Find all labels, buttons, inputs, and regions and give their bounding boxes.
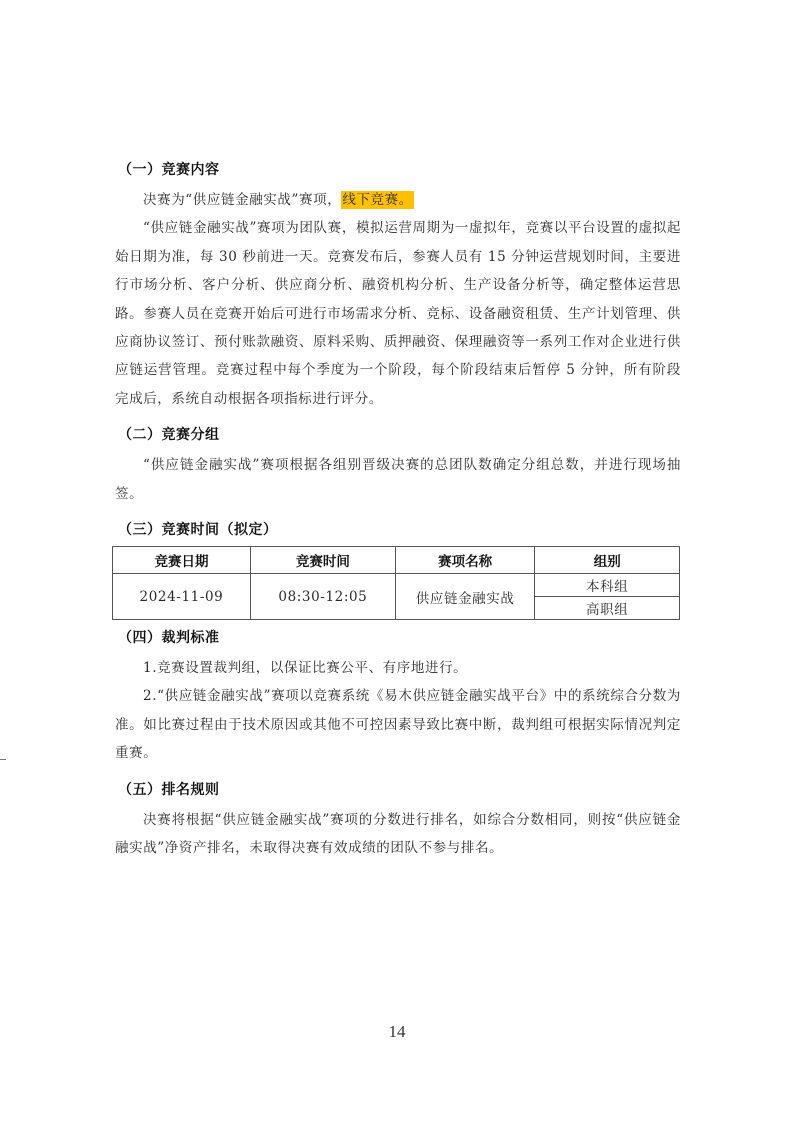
table-cell-group-undergrad: 本科组 [535, 574, 680, 597]
paragraph-ranking: 决赛将根据“供应链金融实战”赛项的分数进行排名，如综合分数相同，则按“供应链金融… [115, 806, 681, 863]
table-cell-event: 供应链金融实战 [395, 574, 535, 620]
table-cell-time: 08:30-12:05 [250, 574, 395, 620]
table-cell-date: 2024-11-09 [113, 574, 251, 620]
section-heading-judging: （四）裁判标准 [115, 628, 681, 648]
paragraph-judging-2: 2.“供应链金融实战”赛项以竞赛系统《易木供应链金融实战平台》中的系统综合分数为… [115, 682, 681, 767]
paragraph-text: 决赛为“供应链金融实战”赛项， [143, 192, 341, 208]
highlighted-text: 线下竞赛。 [341, 191, 414, 209]
table-header-time: 竞赛时间 [250, 547, 395, 574]
section-heading-schedule: （三）竞赛时间（拟定） [115, 520, 681, 540]
section-heading-content: （一）竞赛内容 [115, 160, 681, 180]
table-row: 2024-11-09 08:30-12:05 供应链金融实战 本科组 [113, 574, 680, 597]
paragraph-final-format: 决赛为“供应链金融实战”赛项，线下竞赛。 [115, 186, 681, 214]
document-page: （一）竞赛内容 决赛为“供应链金融实战”赛项，线下竞赛。 “供应链金融实战”赛项… [0, 0, 794, 1123]
section-heading-ranking: （五）排名规则 [115, 780, 681, 800]
paragraph-competition-description: “供应链金融实战”赛项为团队赛，模拟运营周期为一虚拟年，竞赛以平台设置的虚拟起始… [115, 214, 681, 413]
page-content: （一）竞赛内容 决赛为“供应链金融实战”赛项，线下竞赛。 “供应链金融实战”赛项… [115, 160, 681, 863]
paragraph-grouping: “供应链金融实战”赛项根据各组别晋级决赛的总团队数确定分组总数，并进行现场抽签。 [115, 451, 681, 508]
table-cell-group-vocational: 高职组 [535, 597, 680, 620]
section-heading-grouping: （二）竞赛分组 [115, 425, 681, 445]
paragraph-judging-1: 1.竞赛设置裁判组，以保证比赛公平、有序地进行。 [115, 654, 681, 682]
table-header-date: 竞赛日期 [113, 547, 251, 574]
page-number: 14 [0, 1022, 794, 1042]
edge-mark [0, 759, 6, 760]
schedule-table: 竞赛日期 竞赛时间 赛项名称 组别 2024-11-09 08:30-12:05… [112, 546, 680, 620]
table-header-group: 组别 [535, 547, 680, 574]
table-header-row: 竞赛日期 竞赛时间 赛项名称 组别 [113, 547, 680, 574]
table-header-event: 赛项名称 [395, 547, 535, 574]
